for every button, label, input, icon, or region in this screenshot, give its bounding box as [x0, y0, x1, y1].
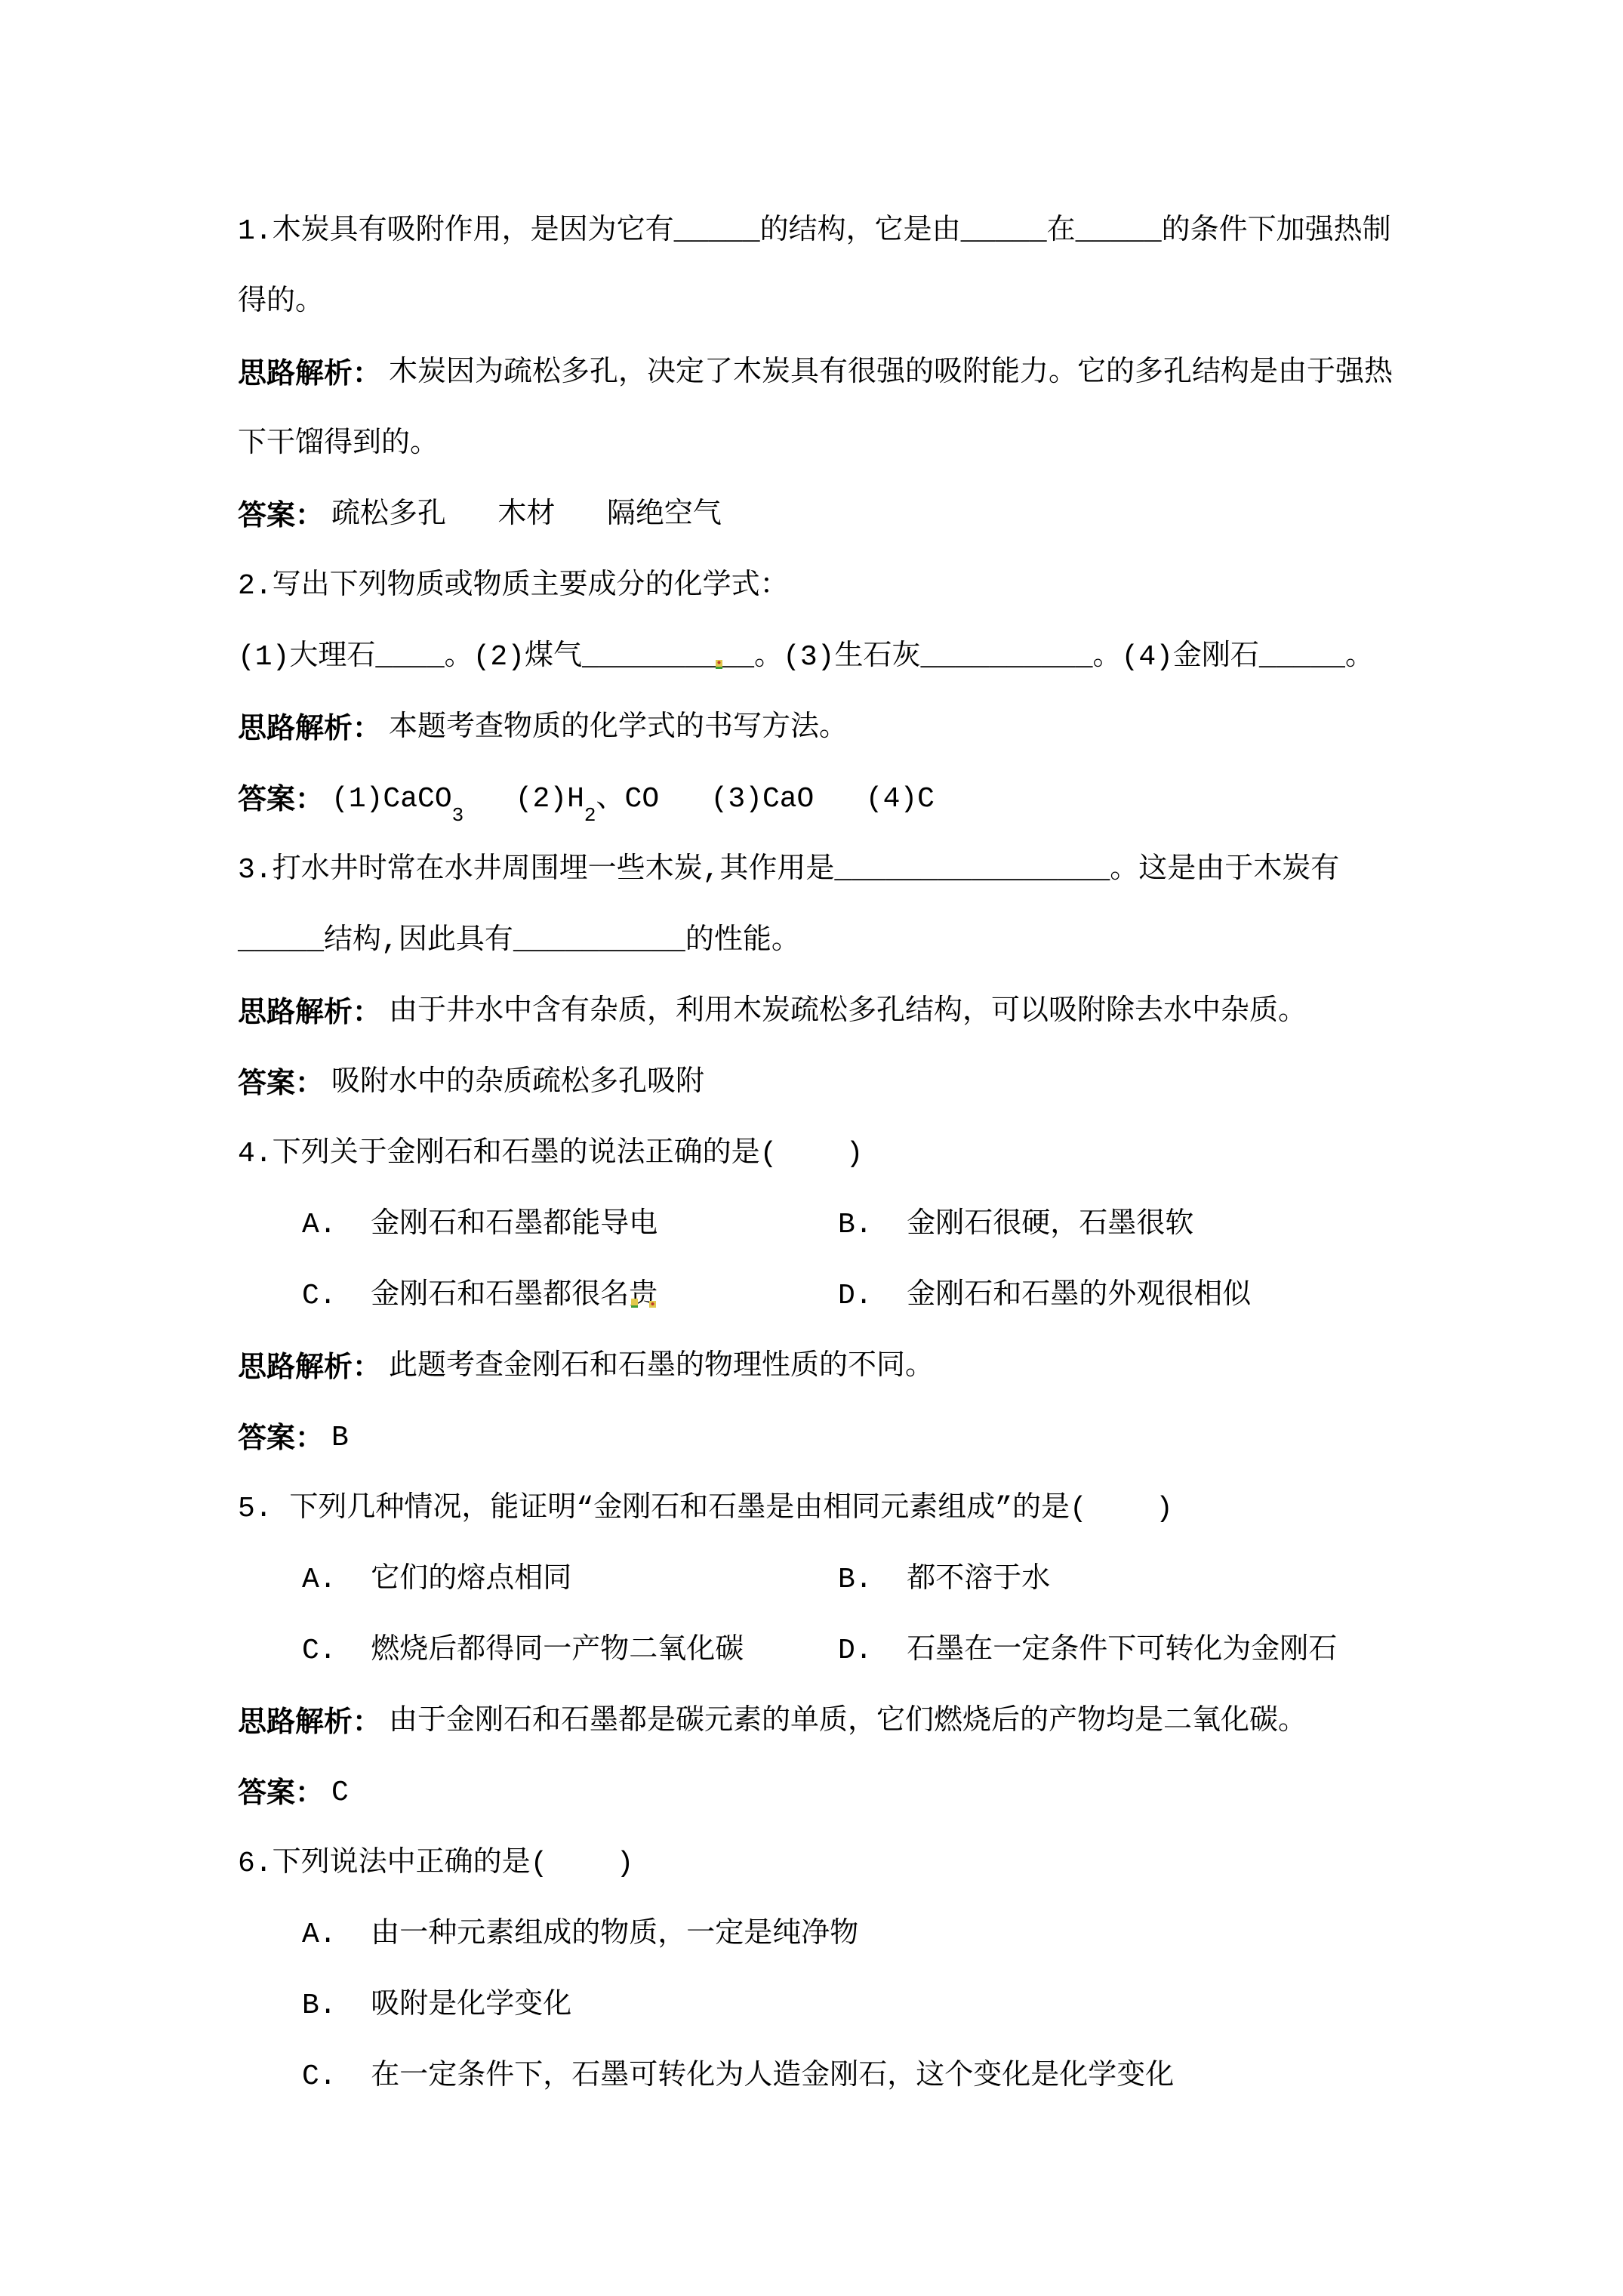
answer-label: 答案：	[238, 1775, 324, 1811]
analysis-label: 思路解析：	[238, 994, 381, 1031]
answer-label: 答案：	[238, 1420, 324, 1456]
answer-text: 疏松多孔 木材 隔绝空气	[331, 498, 722, 534]
q2-answer: 答案：(1)CaCO3 (2)H2、CO (3)CaO (4)C	[238, 764, 1393, 835]
analysis-label: 思路解析：	[238, 356, 381, 392]
q4-analysis: 思路解析：此题考查金刚石和石墨的物理性质的不同。	[238, 1332, 1393, 1403]
q4-stem: 4.下列关于金刚石和石墨的说法正确的是( )	[238, 1119, 1393, 1190]
q3-answer: 答案：吸附水中的杂质疏松多孔吸附	[238, 1048, 1393, 1119]
answer-text: 吸附水中的杂质疏松多孔吸附	[331, 1065, 704, 1102]
q5-analysis: 思路解析：由于金刚石和石墨都是碳元素的单质，它们燃烧后的产物均是二氧化碳。	[238, 1687, 1393, 1758]
q2-analysis: 思路解析：本题考查物质的化学式的书写方法。	[238, 693, 1393, 764]
q1-analysis-cont: 下干馏得到的。	[238, 409, 1393, 480]
analysis-text: 由于金刚石和石墨都是碳元素的单质，它们燃烧后的产物均是二氧化碳。	[389, 1704, 1307, 1740]
q5-options-cd: C. 燃烧后都得同一产物二氧化碳 D. 石墨在一定条件下可转化为金刚石	[238, 1616, 1393, 1687]
q5-stem: 5. 下列几种情况，能证明“金刚石和石墨是由相同元素组成”的是( )	[238, 1474, 1393, 1545]
formula-subscript: 2	[584, 804, 596, 827]
q2-blanks: (1)大理石____。(2)煤气__________。(3)生石灰_______…	[238, 622, 1393, 693]
option-d: D. 石墨在一定条件下可转化为金刚石	[838, 1616, 1337, 1687]
option-b: B. 金刚石很硬，石墨很软	[838, 1190, 1193, 1261]
answer-text: B	[331, 1420, 349, 1456]
analysis-text: 木炭因为疏松多孔，决定了木炭具有很强的吸附能力。它的多孔结构是由于强热	[389, 356, 1393, 392]
spellcheck-artifact-dot	[716, 660, 722, 669]
q1-answer: 答案：疏松多孔 木材 隔绝空气	[238, 480, 1393, 551]
q2-stem: 2.写出下列物质或物质主要成分的化学式：	[238, 551, 1393, 622]
q3-analysis: 思路解析：由于井水中含有杂质，利用木炭疏松多孔结构，可以吸附除去水中杂质。	[238, 977, 1393, 1048]
option-b: B. 都不溶于水	[838, 1545, 1050, 1616]
answer-label: 答案：	[238, 781, 324, 818]
answer-text: C	[331, 1775, 349, 1811]
formula-segment: (1)CaCO	[331, 783, 452, 815]
option-c: C. 燃烧后都得同一产物二氧化碳	[302, 1616, 744, 1687]
analysis-text: 此题考查金刚石和石墨的物理性质的不同。	[389, 1349, 934, 1385]
q5-options-ab: A. 它们的熔点相同 B. 都不溶于水	[238, 1545, 1393, 1616]
q6-stem: 6.下列说法中正确的是( )	[238, 1829, 1393, 1900]
q6-option-c: C. 在一定条件下，石墨可转化为人造金刚石，这个变化是化学变化	[238, 2042, 1457, 2113]
formula-segment: (2)H	[463, 783, 584, 815]
spellcheck-artifact-dot	[649, 1301, 656, 1308]
q1-stem-cont: 得的。	[238, 267, 1393, 338]
analysis-text: 由于井水中含有杂质，利用木炭疏松多孔结构，可以吸附除去水中杂质。	[389, 994, 1307, 1031]
analysis-text: 本题考查物质的化学式的书写方法。	[389, 710, 848, 747]
answer-label: 答案：	[238, 498, 324, 534]
formula-segment: 、CO (3)CaO (4)C	[596, 783, 935, 815]
answer-label: 答案：	[238, 1065, 324, 1102]
q3-stem: 3.打水井时常在水井周围埋一些木炭,其作用是________________。这…	[238, 835, 1393, 906]
formula-text: (1)CaCO3 (2)H2、CO (3)CaO (4)C	[331, 781, 935, 818]
q6-option-b: B. 吸附是化学变化	[238, 1971, 1457, 2042]
q4-answer: 答案：B	[238, 1403, 1393, 1474]
q6-option-a: A. 由一种元素组成的物质，一定是纯净物	[238, 1900, 1457, 1971]
option-a: A. 金刚石和石墨都能导电	[302, 1190, 658, 1261]
option-a: A. 它们的熔点相同	[302, 1545, 571, 1616]
q1-analysis: 思路解析：木炭因为疏松多孔，决定了木炭具有很强的吸附能力。它的多孔结构是由于强热	[238, 338, 1393, 409]
worksheet-page: 1.木炭具有吸附作用，是因为它有_____的结构，它是由_____在_____的…	[238, 196, 1393, 2114]
option-c: C. 金刚石和石墨都很名贵	[302, 1261, 658, 1332]
q5-answer: 答案：C	[238, 1758, 1393, 1829]
q1-stem: 1.木炭具有吸附作用，是因为它有_____的结构，它是由_____在_____的…	[238, 196, 1393, 267]
spellcheck-artifact-dot	[631, 1299, 638, 1308]
q4-options-ab: A. 金刚石和石墨都能导电 B. 金刚石很硬，石墨很软	[238, 1190, 1393, 1261]
q3-stem-cont: _____结构,因此具有__________的性能。	[238, 906, 1393, 977]
analysis-label: 思路解析：	[238, 1349, 381, 1385]
analysis-label: 思路解析：	[238, 710, 381, 747]
analysis-label: 思路解析：	[238, 1704, 381, 1740]
formula-subscript: 3	[452, 804, 464, 827]
option-d: D. 金刚石和石墨的外观很相似	[838, 1261, 1251, 1332]
q4-options-cd: C. 金刚石和石墨都很名贵 D. 金刚石和石墨的外观很相似	[238, 1261, 1393, 1332]
